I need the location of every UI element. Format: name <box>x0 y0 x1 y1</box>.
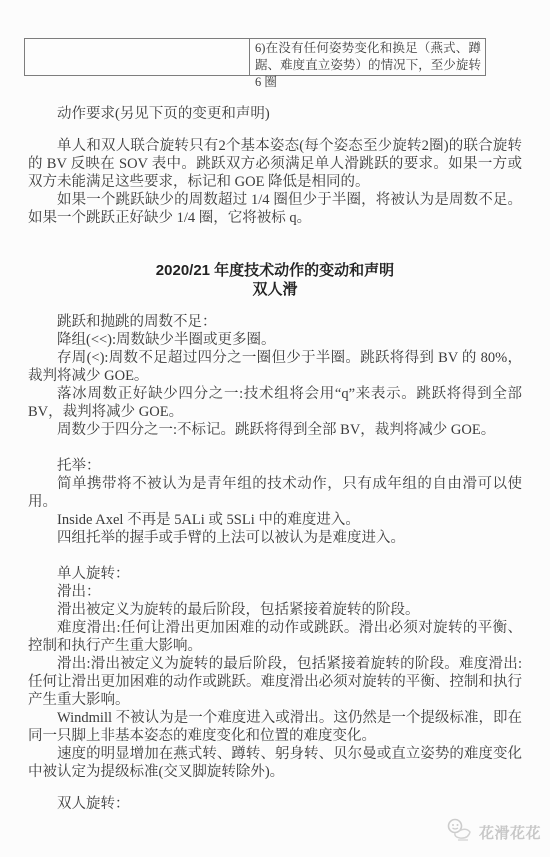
solo-spin-rule: 滑出:滑出被定义为旋转的最后阶段，包括紧接着旋转的阶段。难度滑出:任何让滑出更加… <box>28 655 522 709</box>
jump-rotation-rule: 降组(<<):周数缺少半圈或更多圈。 <box>28 331 522 349</box>
intro-paragraph: 单人和双人联合旋转只有2个基本姿态(每个姿态至少旋转2圈)的联合旋转的 BV 反… <box>28 137 522 191</box>
solo-spin-rule: 难度滑出:任何让滑出更加困难的动作或跳跃。滑出必须对旋转的平衡、控制和执行产生重… <box>28 619 522 655</box>
lift-rule: 四组托举的握手或手臂的上法可以被认为是难度进入。 <box>28 529 522 547</box>
document-body: 动作要求(另见下页的变更和声明) 单人和双人联合旋转只有2个基本姿态(每个姿态至… <box>28 105 522 813</box>
jump-rotation-heading: 跳跃和抛跳的周数不足： <box>28 313 522 331</box>
jump-rotation-rule: 落冰周数正好缺少四分之一:技术组将会用“q”来表示。跳跃将得到全部 BV，裁判将… <box>28 385 522 421</box>
jump-rotation-rule: 周数少于四分之一:不标记。跳跃将得到全部 BV，裁判将减少 GOE。 <box>28 421 522 439</box>
watermark-label: 花滑花花 <box>479 822 541 843</box>
solo-spin-rule: 速度的明显增加在燕式转、蹲转、躬身转、贝尔曼或直立姿势的难度变化中被认定为提级标… <box>28 745 522 781</box>
solo-spin-rule: 滑出： <box>28 583 522 601</box>
intro-paragraph: 如果一个跳跃缺少的周数超过 1/4 圈但少于半圈，将被认为是周数不足。如果一个跳… <box>28 191 522 227</box>
lift-rule: Inside Axel 不再是 5ALi 或 5SLi 中的难度进入。 <box>28 511 522 529</box>
spin-requirements-table-fragment: 6)在没有任何姿势变化和换足（燕式、蹲踞、难度直立姿势）的情况下，至少旋转 6 … <box>24 38 486 76</box>
announcement-subtitle: 双人滑 <box>28 280 522 299</box>
solo-spin-rule: Windmill 不被认为是一个难度进入或滑出。这仍然是一个提级标准，即在同一只… <box>28 709 522 745</box>
table-cell-spin-rule: 6)在没有任何姿势变化和换足（燕式、蹲踞、难度直立姿势）的情况下，至少旋转 6 … <box>250 39 485 75</box>
table-cell-empty <box>25 39 250 75</box>
solo-spin-heading: 单人旋转： <box>28 565 522 583</box>
requirements-heading: 动作要求(另见下页的变更和声明) <box>28 105 522 123</box>
skater-mascot-icon <box>446 817 474 848</box>
lift-rule: 简单携带将不被认为是青年组的技术动作，只有成年组的自由滑可以使用。 <box>28 475 522 511</box>
announcement-title: 2020/21 年度技术动作的变动和声明 <box>28 261 522 280</box>
watermark: 花滑花花 <box>446 817 541 848</box>
jump-rotation-rule: 存周(<):周数不足超过四分之一圈但少于半圈。跳跃将得到 BV 的 80%，裁判… <box>28 349 522 385</box>
pair-spin-heading: 双人旋转： <box>28 795 522 813</box>
solo-spin-rule: 滑出被定义为旋转的最后阶段，包括紧接着旋转的阶段。 <box>28 601 522 619</box>
lift-heading: 托举： <box>28 457 522 475</box>
